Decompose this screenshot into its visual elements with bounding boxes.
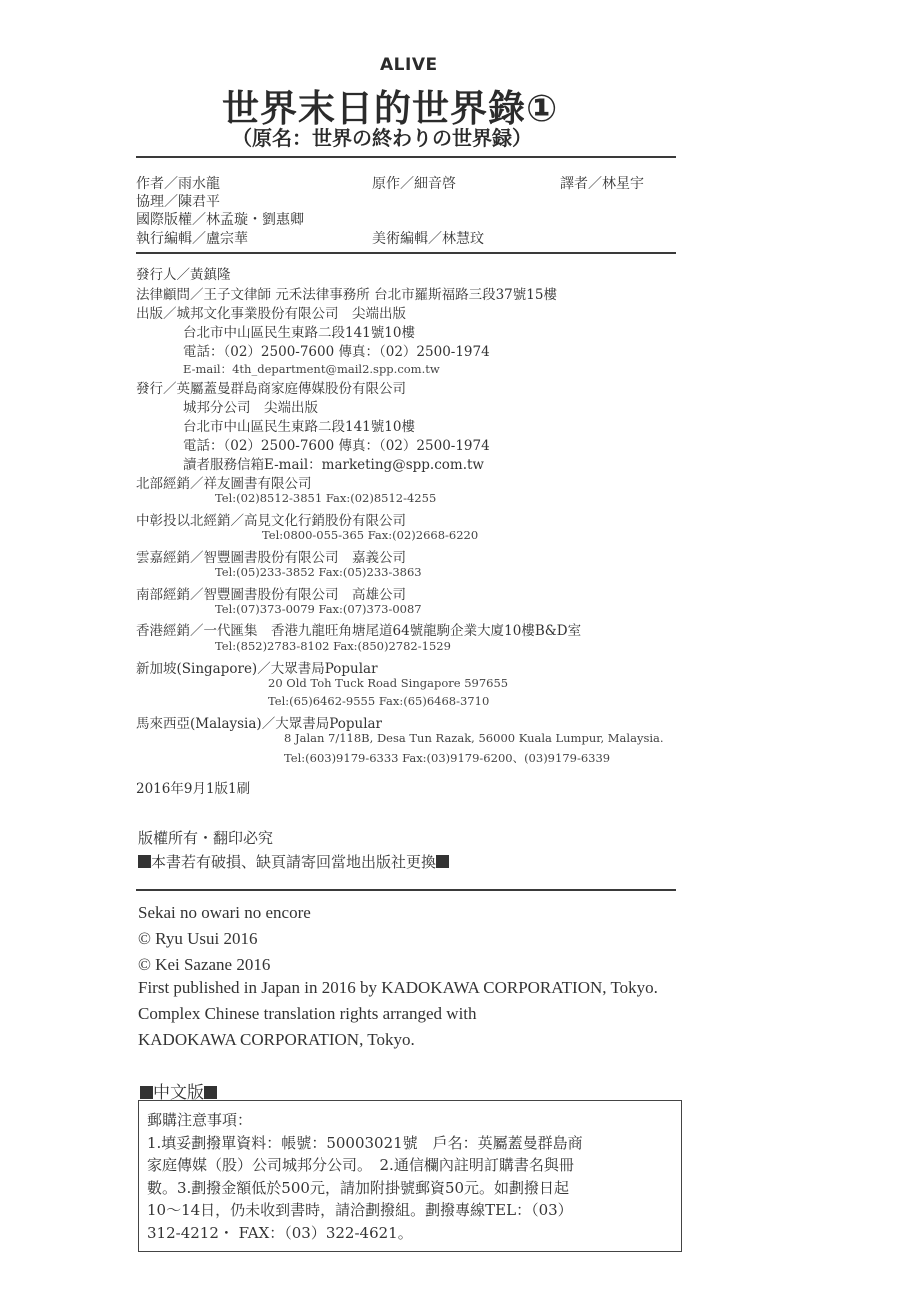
imprint-line: Tel:(852)2783-8102 Fax:(850)2782-1529 [215, 639, 451, 653]
black-square-icon [138, 855, 151, 868]
imprint-line: E-mail：4th_department@mail2.spp.com.tw [183, 361, 440, 377]
imprint-line: Tel:0800-055-365 Fax:(02)2668-6220 [262, 528, 478, 542]
credit-intl-rights: 國際版權／林孟璇・劉惠卿 [136, 209, 304, 229]
credit-coordinator: 協理／陳君平 [136, 191, 220, 211]
imprint-line: 南部經銷／智豐圖書股份有限公司 高雄公司 [136, 583, 406, 603]
series-name: ALIVE [380, 55, 438, 75]
credit-original: 原作／細音啓 [372, 173, 456, 193]
copyright-line: Sekai no owari no encore [138, 903, 311, 923]
imprint-line: 馬來西亞(Malaysia)／大眾書局Popular [136, 712, 382, 732]
imprint-line: 電話：（02）2500-7600 傳真：（02）2500-1974 [183, 340, 490, 360]
imprint-line: 雲嘉經銷／智豐圖書股份有限公司 嘉義公司 [136, 546, 406, 566]
imprint-line: 發行人／黃鎮隆 [136, 263, 231, 283]
imprint-line: Tel:(02)8512-3851 Fax:(02)8512-4255 [215, 491, 436, 505]
imprint-line: 香港經銷／一代匯集 香港九龍旺角塘尾道64號龍駒企業大廈10樓B&D室 [136, 619, 581, 639]
all-rights-reserved: 版權所有・翻印必究 [138, 827, 273, 848]
imprint-line: 台北市中山區民生東路二段141號10樓 [183, 415, 415, 435]
mail-order-line: 家庭傳媒（股）公司城邦分公司。 2.通信欄內註明訂購書名與冊 [147, 1154, 583, 1177]
mail-order-line: 10～14日，仍未收到書時，請洽劃撥組。劃撥專線TEL：（03） [147, 1199, 583, 1222]
credit-author: 作者／雨水龍 [136, 173, 220, 193]
mail-order-line: 郵購注意事項： [147, 1109, 583, 1132]
black-square-icon [140, 1086, 153, 1099]
mail-order-line: 312-4212・ FAX：（03）322-4621。 [147, 1222, 583, 1245]
copyright-line: KADOKAWA CORPORATION, Tokyo. [138, 1030, 415, 1050]
divider [136, 889, 676, 891]
divider [136, 252, 676, 254]
imprint-line: 電話：（02）2500-7600 傳真：（02）2500-1974 [183, 434, 490, 454]
imprint-line: 讀者服務信箱E-mail：marketing@spp.com.tw [183, 453, 484, 473]
imprint-line: 8 Jalan 7/118B, Desa Tun Razak, 56000 Ku… [284, 731, 664, 745]
imprint-line: Tel:(07)373-0079 Fax:(07)373-0087 [215, 602, 422, 616]
imprint-line: 北部經銷／祥友圖書有限公司 [136, 472, 312, 492]
edition-date: 2016年9月1版1刷 [136, 777, 250, 797]
imprint-line: Tel:(603)9179-6333 Fax:(03)9179-6200、(03… [284, 750, 610, 766]
black-square-icon [204, 1086, 217, 1099]
imprint-line: 20 Old Toh Tuck Road Singapore 597655 [268, 676, 508, 690]
imprint-line: 城邦分公司 尖端出版 [183, 396, 318, 416]
imprint-line: 法律顧問／王子文律師 元禾法律事務所 台北市羅斯福路三段37號15樓 [136, 283, 557, 303]
credit-translator: 譯者／林星宇 [560, 173, 644, 193]
imprint-line: 出版／城邦文化事業股份有限公司 尖端出版 [136, 302, 406, 322]
mail-order-line: 數。3.劃撥金額低於500元，請加附掛號郵資50元。如劃撥日起 [147, 1177, 583, 1200]
copyright-line: Complex Chinese translation rights arran… [138, 1004, 477, 1024]
imprint-line: 新加坡(Singapore)／大眾書局Popular [136, 657, 378, 677]
imprint-line: Tel:(05)233-3852 Fax:(05)233-3863 [215, 565, 422, 579]
original-title: （原名：世界の終わりの世界録） [232, 122, 532, 151]
imprint-line: 發行／英屬蓋曼群島商家庭傳媒股份有限公司 [136, 377, 406, 397]
credit-exec-editor: 執行編輯／盧宗華 [136, 228, 248, 248]
replacement-text: 本書若有破損、缺頁請寄回當地出版社更換 [151, 853, 436, 871]
mail-order-notice-box: 郵購注意事項： 1.填妥劃撥單資料：帳號：50003021號 戶名：英屬蓋曼群島… [138, 1100, 682, 1252]
imprint-line: Tel:(65)6462-9555 Fax:(65)6468-3710 [268, 694, 489, 708]
divider [136, 156, 676, 158]
mail-order-line: 1.填妥劃撥單資料：帳號：50003021號 戶名：英屬蓋曼群島商 [147, 1132, 583, 1155]
copyright-line: © Ryu Usui 2016 [138, 929, 257, 949]
replacement-notice: 本書若有破損、缺頁請寄回當地出版社更換 [138, 851, 449, 872]
imprint-line: 中彰投以北經銷／高見文化行銷股份有限公司 [136, 509, 406, 529]
imprint-line: 台北市中山區民生東路二段141號10樓 [183, 321, 415, 341]
copyright-line: © Kei Sazane 2016 [138, 955, 270, 975]
credit-art-editor: 美術編輯／林慧玟 [372, 228, 484, 248]
black-square-icon [436, 855, 449, 868]
copyright-line: First published in Japan in 2016 by KADO… [138, 978, 658, 998]
